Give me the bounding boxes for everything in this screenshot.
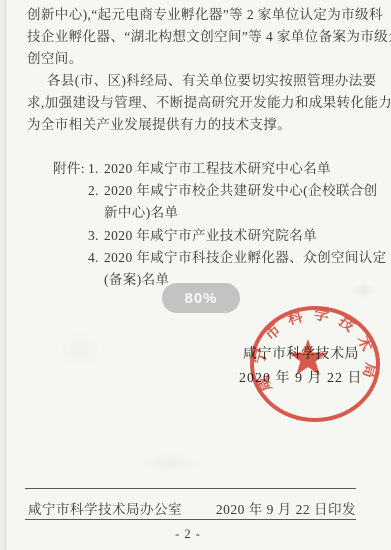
body-line: 创空间。 [27,48,367,70]
attachment-item-number: 3. [88,225,99,247]
body-line: 技企业孵化器、“湖北构想文创空间”等 4 家单位备案为市级众 [27,26,367,48]
attachment-item-number: 1. [88,158,99,180]
zoom-level-toast: 80% [162,283,240,313]
body-line: 求,加强建设与管理、不断提高研究开发能力和成果转化能力, [27,92,367,114]
document-body: 创新中心),“起元电商专业孵化器”等 2 家单位认定为市级科 技企业孵化器、“湖… [27,4,367,136]
attachment-item-text: 2020 年咸宁市产业技术研究院名单 [104,225,317,247]
attachment-item-text: 新中心)名单 [104,202,178,224]
attachment-item-text: 2020 年咸宁市校企共建研发中心(企校联合创 [104,180,378,202]
attachments-label: 附件: [53,158,85,180]
page-scan-edge [0,0,7,550]
page-number: - 2 - [0,527,376,542]
scan-smudge [60,330,100,370]
body-line: 为全市相关产业发展提供有力的技术支撑。 [27,114,367,136]
attachment-item-text: 2020 年咸宁市科技企业孵化器、众创空间认定 [104,247,387,269]
attachment-item-text: 2020 年咸宁市工程技术研究中心名单 [104,158,331,180]
footer-print-date: 2020 年 9 月 22 日印发 [216,498,356,518]
svg-text:咸宁市科学技术局: 咸宁市科学技术局 [250,305,380,394]
attachment-item-number: 4. [88,247,99,269]
body-line: 各县(市、区)科经局、有关单位要切实按照管理办法要 [27,70,367,92]
official-seal: 咸宁市科学技术局 [246,304,384,426]
seal-star-icon [289,339,327,375]
body-line: 创新中心),“起元电商专业孵化器”等 2 家单位认定为市级科 [27,4,367,26]
footer-rule-bottom [25,519,356,520]
attachment-item-number: 2. [88,180,99,202]
attachment-item-text: (备案)名单 [104,269,169,291]
footer-rule-top [25,488,356,489]
seal-arc-text: 咸宁市科学技术局 [250,305,380,394]
document-viewer[interactable]: 创新中心),“起元电商专业孵化器”等 2 家单位认定为市级科 技企业孵化器、“湖… [0,0,391,550]
scan-smudge [140,452,200,474]
scan-smudge [350,282,376,298]
zoom-level-value: 80% [184,290,217,307]
footer-office: 咸宁市科学技术局办公室 [25,498,182,518]
